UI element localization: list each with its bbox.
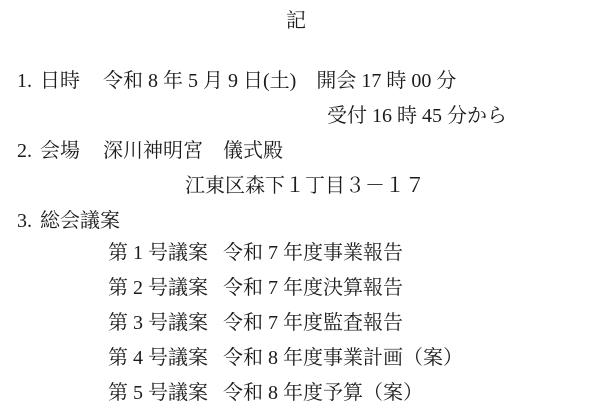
agenda-item-1-title: 令和 7 年度事業報告 (223, 241, 403, 265)
section-2-subline: 江東区森下１丁目３－１７ (185, 174, 425, 198)
section-1-label: 日時 (40, 69, 80, 93)
agenda-item-2-label: 第 2 号議案 (108, 276, 208, 300)
agenda-item-3-label: 第 3 号議案 (108, 311, 208, 335)
section-2-number: 2. (17, 139, 32, 163)
agenda-item-2-title: 令和 7 年度決算報告 (223, 276, 403, 300)
section-3-label: 総会議案 (40, 209, 120, 233)
section-1-value: 令和 8 年 5 月 9 日(土) 開会 17 時 00 分 (103, 69, 456, 93)
section-3-number: 3. (17, 209, 32, 233)
agenda-item-5-label: 第 5 号議案 (108, 381, 208, 405)
section-2-value: 深川神明宮 儀式殿 (103, 139, 283, 163)
section-1-subline: 受付 16 時 45 分から (327, 104, 507, 128)
section-1-number: 1. (17, 69, 32, 93)
section-2-label: 会場 (40, 139, 80, 163)
agenda-item-4-title: 令和 8 年度事業計画（案） (223, 346, 463, 370)
document-heading: 記 (0, 9, 592, 33)
agenda-item-5-title: 令和 8 年度予算（案） (223, 381, 423, 405)
agenda-item-1-label: 第 1 号議案 (108, 241, 208, 265)
agenda-item-3-title: 令和 7 年度監査報告 (223, 311, 403, 335)
agenda-item-4-label: 第 4 号議案 (108, 346, 208, 370)
document-page: 記 1. 日時 令和 8 年 5 月 9 日(土) 開会 17 時 00 分 受… (0, 0, 600, 405)
